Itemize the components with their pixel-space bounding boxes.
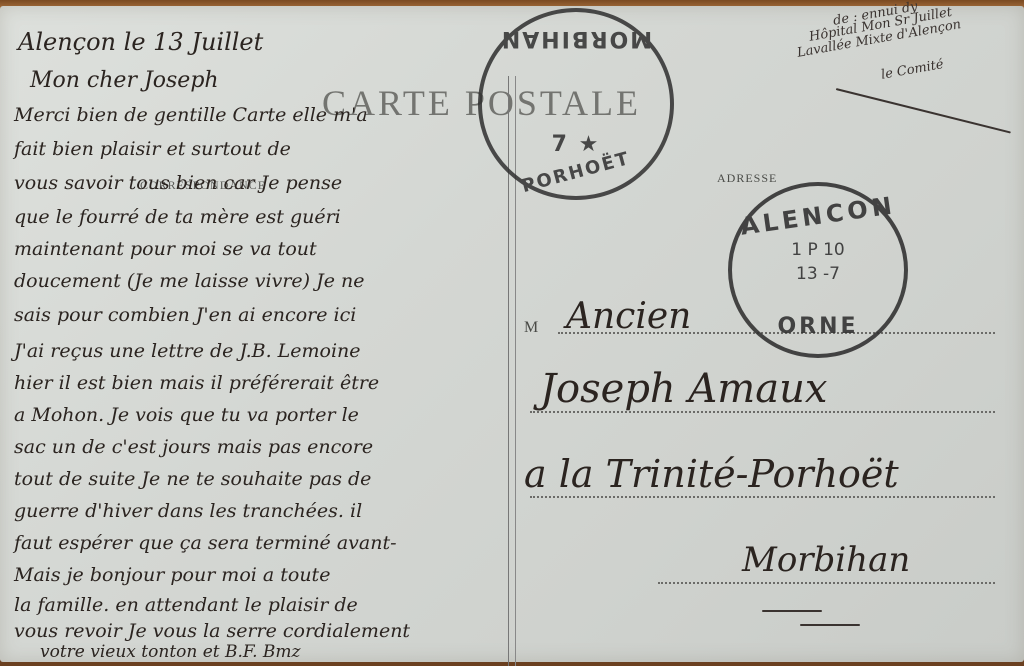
letter-line: guerre d'hiver dans les tranchées. il [14,500,362,522]
adresse-label: ADRESSE [717,171,777,186]
letter-line: Merci bien de gentille Carte elle m'a [14,104,368,126]
letter-line: tout de suite Je ne te souhaite pas de [14,468,371,490]
letter-line: doucement (Je me laisse vivre) Je ne [14,270,364,292]
letter-date-line: Alençon le 13 Juillet [18,28,263,56]
address-town: a la Trinité-Porhoët [524,452,899,496]
postcard: CARTE POSTALE CORRESPONDANCE ADRESSE M M… [0,6,1024,662]
letter-line: a Mohon. Je vois que tu va porter le [14,404,359,426]
letter-line: hier il est bien mais il préférerait êtr… [14,372,379,394]
letter-line: maintenant pour moi se va tout [14,238,317,260]
alencon-time: 1 P 10 [732,240,904,260]
morbihan-postmark: MORBIHAN 7 ★ PORHOËT [478,8,674,200]
letter-line: sac un de c'est jours mais pas encore [14,436,373,458]
letter-line: vous revoir Je vous la serre cordialemen… [14,620,410,642]
letter-line: sais pour combien J'en ai encore ici [14,304,356,326]
letter-line: vous savoir tous bien car Je pense [14,172,342,194]
letter-line: Mais je bonjour pour moi a toute [14,564,330,586]
letter-greeting: Mon cher Joseph [30,68,219,93]
annotation-line-4: le Comité [880,57,945,83]
department-underline [762,610,822,612]
address-name: Joseph Amaux [540,366,827,412]
address-salutation: Ancien [566,296,691,337]
address-line-4 [658,582,995,584]
letter-line: que le fourré de ta mère est guéri [14,206,341,228]
letter-line: faut espérer que ça sera terminé avant- [14,532,397,554]
alencon-postmark: ALENCON 1 P 10 13 -7 ORNE [728,182,908,358]
department-underline-2 [800,624,860,626]
letter-line: la famille. en attendant le plaisir de [14,594,358,616]
letter-line: J'ai reçus une lettre de J.B. Lemoine [14,340,361,362]
address-line-3 [530,496,995,498]
alencon-date: 13 -7 [732,264,904,284]
alencon-ring-text: ALENCON [731,190,905,242]
morbihan-ring-text: MORBIHAN [482,26,670,51]
address-department: Morbihan [742,540,910,580]
letter-line: fait bien plaisir et surtout de [14,138,291,160]
alencon-lower-text: ORNE [732,314,904,339]
annotation-underline [836,88,1011,133]
letter-signature-line: votre vieux tonton et B.F. Bmz [40,642,300,662]
addressee-prefix-label: M [524,319,539,337]
